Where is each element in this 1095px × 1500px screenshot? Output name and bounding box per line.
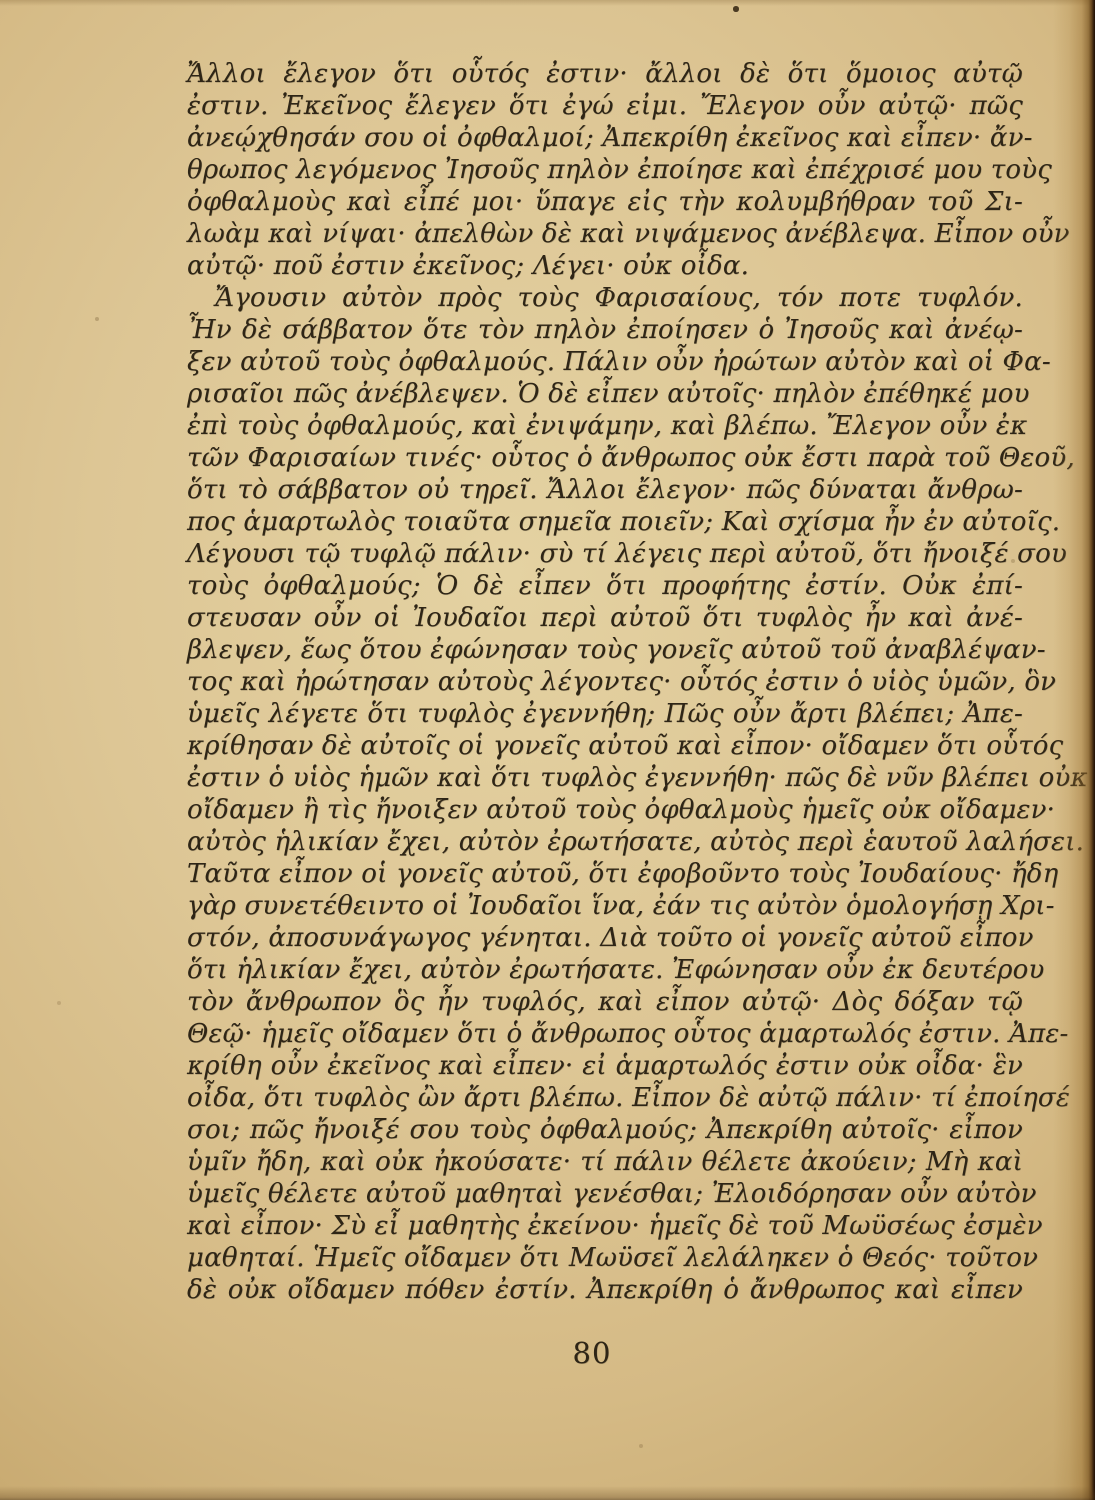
text-line: ἀνεῴχθησάν σου οἱ ὀφθαλμοί; Ἀπεκρίθη ἐκε… [187,122,1023,154]
text-line: λωὰμ καὶ νίψαι· ἀπελθὼν δὲ καὶ νιψάμενος… [187,218,1023,250]
text-line: αὐτὸς ἡλικίαν ἔχει, αὐτὸν ἐρωτήσατε, αὐτ… [187,826,1023,858]
text-line: οἴδαμεν ἢ τὶς ἤνοιξεν αὐτοῦ τοὺς ὀφθαλμο… [187,794,1023,826]
text-block: Ἄλλοι ἔλεγον ὅτι οὗτός ἐστιν· ἄλλοι δὲ ὅ… [187,58,1023,1306]
text-line: στευσαν οὖν οἱ Ἰουδαῖοι περὶ αὐτοῦ ὅτι τ… [187,602,1023,634]
text-line: Ταῦτα εἶπον οἱ γονεῖς αὐτοῦ, ὅτι ἐφοβοῦν… [187,858,1023,890]
text-line: σοι; πῶς ἤνοιξέ σου τοὺς ὀφθαλμούς; Ἀπεκ… [187,1114,1023,1146]
text-line: ἐστιν. Ἐκεῖνος ἔλεγεν ὅτι ἐγώ εἰμι. Ἔλεγ… [187,90,1023,122]
text-line: Ἦν δὲ σάββατον ὅτε τὸν πηλὸν ἐποίησεν ὁ … [187,314,1023,346]
text-line: πος ἁμαρτωλὸς τοιαῦτα σημεῖα ποιεῖν; Καὶ… [187,506,1023,538]
text-line: ὀφθαλμοὺς καὶ εἶπέ μοι· ὕπαγε εἰς τὴν κο… [187,186,1023,218]
page-number: 80 [187,1336,997,1370]
text-line: δὲ οὐκ οἴδαμεν πόθεν ἐστίν. Ἀπεκρίθη ὁ ἄ… [187,1274,1023,1306]
text-line: κρίθησαν δὲ αὐτοῖς οἱ γονεῖς αὐτοῦ καὶ ε… [187,730,1023,762]
text-line: γὰρ συνετέθειντο οἱ Ἰουδαῖοι ἵνα, ἐάν τι… [187,890,1023,922]
text-line: μαθηταί. Ἡμεῖς οἴδαμεν ὅτι Μωϋσεῖ λελάλη… [187,1242,1023,1274]
book-page: Ἄλλοι ἔλεγον ὅτι οὗτός ἐστιν· ἄλλοι δὲ ὅ… [0,0,1095,1500]
text-line: στόν, ἀποσυνάγωγος γένηται. Διὰ τοῦτο οἱ… [187,922,1023,954]
text-line: ὅτι τὸ σάββατον οὐ τηρεῖ. Ἄλλοι ἔλεγον· … [187,474,1023,506]
text-line: ὑμεῖς θέλετε αὐτοῦ μαθηταὶ γενέσθαι; Ἐλο… [187,1178,1023,1210]
text-line: ἐστιν ὁ υἱὸς ἡμῶν καὶ ὅτι τυφλὸς ἐγεννήθ… [187,762,1023,794]
text-line: αὐτῷ· ποῦ ἐστιν ἐκεῖνος; Λέγει· οὐκ οἶδα… [187,250,1023,282]
text-line: Θεῷ· ἡμεῖς οἴδαμεν ὅτι ὁ ἄνθρωπος οὗτος … [187,1018,1023,1050]
text-line: ἐπὶ τοὺς ὀφθαλμούς, καὶ ἐνιψάμην, καὶ βλ… [187,410,1023,442]
text-line: τος καὶ ἠρώτησαν αὐτοὺς λέγοντες· οὗτός … [187,666,1023,698]
text-line: καὶ εἶπον· Σὺ εἶ μαθητὴς ἐκείνου· ἡμεῖς … [187,1210,1023,1242]
text-line: θρωπος λεγόμενος Ἰησοῦς πηλὸν ἐποίησε κα… [187,154,1023,186]
text-line: ρισαῖοι πῶς ἀνέβλεψεν. Ὁ δὲ εἶπεν αὐτοῖς… [187,378,1023,410]
text-line: ὑμῖν ἤδη, καὶ οὐκ ἠκούσατε· τί πάλιν θέλ… [187,1146,1023,1178]
text-line: ὅτι ἡλικίαν ἔχει, αὐτὸν ἐρωτήσατε. Ἐφώνη… [187,954,1023,986]
text-line: οἶδα, ὅτι τυφλὸς ὢν ἄρτι βλέπω. Εἶπον δὲ… [187,1082,1023,1114]
text-line: Λέγουσι τῷ τυφλῷ πάλιν· σὺ τί λέγεις περ… [187,538,1023,570]
text-line: τὸν ἄνθρωπον ὃς ἦν τυφλός, καὶ εἶπον αὐτ… [187,986,1023,1018]
text-line: Ἄλλοι ἔλεγον ὅτι οὗτός ἐστιν· ἄλλοι δὲ ὅ… [187,58,1023,90]
text-line: ὑμεῖς λέγετε ὅτι τυφλὸς ἐγεννήθη; Πῶς οὖ… [187,698,1023,730]
text-line: τοὺς ὀφθαλμούς; Ὁ δὲ εἶπεν ὅτι προφήτης … [187,570,1023,602]
book-gutter-edge-shadow [1053,0,1095,1500]
page-edge-top-shadow [0,0,1095,6]
text-line: Ἄγουσιν αὐτὸν πρὸς τοὺς Φαρισαίους, τόν … [187,282,1023,314]
text-line: τῶν Φαρισαίων τινές· οὗτος ὁ ἄνθρωπος οὐ… [187,442,1023,474]
page-edge-bottom-shadow [0,1486,1095,1500]
text-line: βλεψεν, ἕως ὅτου ἐφώνησαν τοὺς γονεῖς αὐ… [187,634,1023,666]
text-line: ξεν αὐτοῦ τοὺς ὀφθαλμούς. Πάλιν οὖν ἠρώτ… [187,346,1023,378]
text-line: κρίθη οὖν ἐκεῖνος καὶ εἶπεν· εἰ ἁμαρτωλό… [187,1050,1023,1082]
